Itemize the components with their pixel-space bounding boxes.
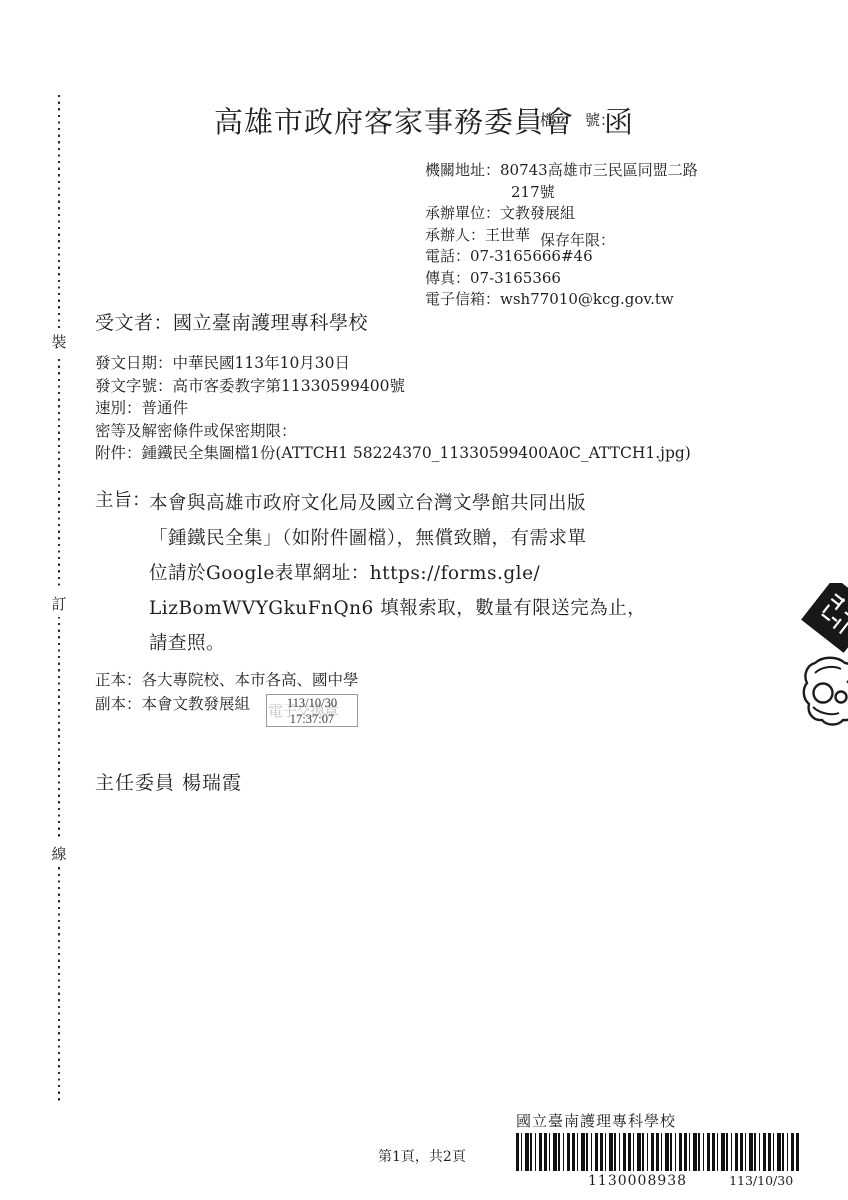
- stamp-time: 17:37:07: [269, 711, 355, 727]
- receipt-number: 1130008938: [588, 1173, 687, 1189]
- binding-char-ding: 訂: [50, 590, 68, 617]
- doc-number-line: 發文字號：高市客委教字第11330599400號: [95, 375, 691, 398]
- subject-label: 主旨：: [95, 486, 151, 512]
- electronic-exchange-stamp: 電子交換章 113/10/30 17:37:07: [266, 694, 358, 727]
- subject-line: LizBomWVYGkuFnQn6 填報索取，數量有限送完為止，: [149, 591, 695, 626]
- sender-unit: 承辦單位：文教發展組: [425, 203, 698, 225]
- seal-icon: [799, 583, 848, 738]
- subject-line: 本會與高雄市政府文化局及國立台灣文學館共同出版: [149, 486, 695, 521]
- subject-line: 請查照。: [149, 626, 695, 661]
- issue-date-line: 發文日期：中華民國113年10月30日: [95, 352, 691, 375]
- subject-line: 位請於Google表單網址：https://forms.gle/: [149, 556, 695, 591]
- sender-fax: 傳真：07-3165366: [425, 268, 698, 290]
- receipt-barcode-block: 國立臺南護理專科學校 1130008938 113/10/30: [516, 1110, 806, 1189]
- sender-address-line2: 217號: [425, 182, 698, 204]
- barcode-icon: [516, 1133, 800, 1171]
- subject-line: 「鍾鐵民全集」（如附件圖檔），無償致贈，有需求單: [149, 521, 695, 556]
- document-page: 檔 號： 保存年限： 高雄市政府客家事務委員會 函 機關地址：80743高雄市三…: [0, 0, 848, 1200]
- attachment-line: 附件：鍾鐵民全集圖檔1份(ATTCH1 58224370_11330599400…: [95, 442, 691, 465]
- subject-text: 本會與高雄市政府文化局及國立台灣文學館共同出版 「鍾鐵民全集」（如附件圖檔），無…: [149, 486, 695, 661]
- edge-seal-graphic: [799, 583, 848, 738]
- sender-info-block: 機關地址：80743高雄市三民區同盟二路 217號 承辦單位：文教發展組 承辦人…: [425, 160, 698, 311]
- sender-contact: 承辦人：王世華: [425, 225, 698, 247]
- speed-class-line: 速別：普通件: [95, 397, 691, 420]
- sender-phone: 電話：07-3165666#46: [425, 246, 698, 268]
- binding-char-zhuang: 裝: [50, 328, 68, 355]
- subject-block: 主旨： 本會與高雄市政府文化局及國立台灣文學館共同出版 「鍾鐵民全集」（如附件圖…: [95, 486, 695, 661]
- document-meta-block: 發文日期：中華民國113年10月30日 發文字號：高市客委教字第11330599…: [95, 352, 691, 465]
- original-recipients-line: 正本：各大專院校、本市各高、國中學: [95, 668, 359, 692]
- stamp-date: 113/10/30: [269, 695, 355, 711]
- signer-title-and-name: 主任委員 楊瑞霞: [95, 768, 242, 795]
- security-class-line: 密等及解密條件或保密期限：: [95, 420, 691, 443]
- page-number: 第1頁，共2頁: [378, 1146, 466, 1166]
- sender-address-line1: 機關地址：80743高雄市三民區同盟二路: [425, 160, 698, 182]
- binding-char-xian: 線: [50, 840, 68, 867]
- receipt-numbers-row: 1130008938 113/10/30: [516, 1173, 806, 1189]
- document-title: 高雄市政府客家事務委員會 函: [0, 100, 848, 141]
- recipient-line: 受文者：國立臺南護理專科學校: [95, 308, 368, 335]
- sender-email: 電子信箱：wsh77010@kcg.gov.tw: [425, 289, 698, 311]
- receipt-school-name: 國立臺南護理專科學校: [516, 1110, 806, 1132]
- receipt-date: 113/10/30: [729, 1173, 793, 1188]
